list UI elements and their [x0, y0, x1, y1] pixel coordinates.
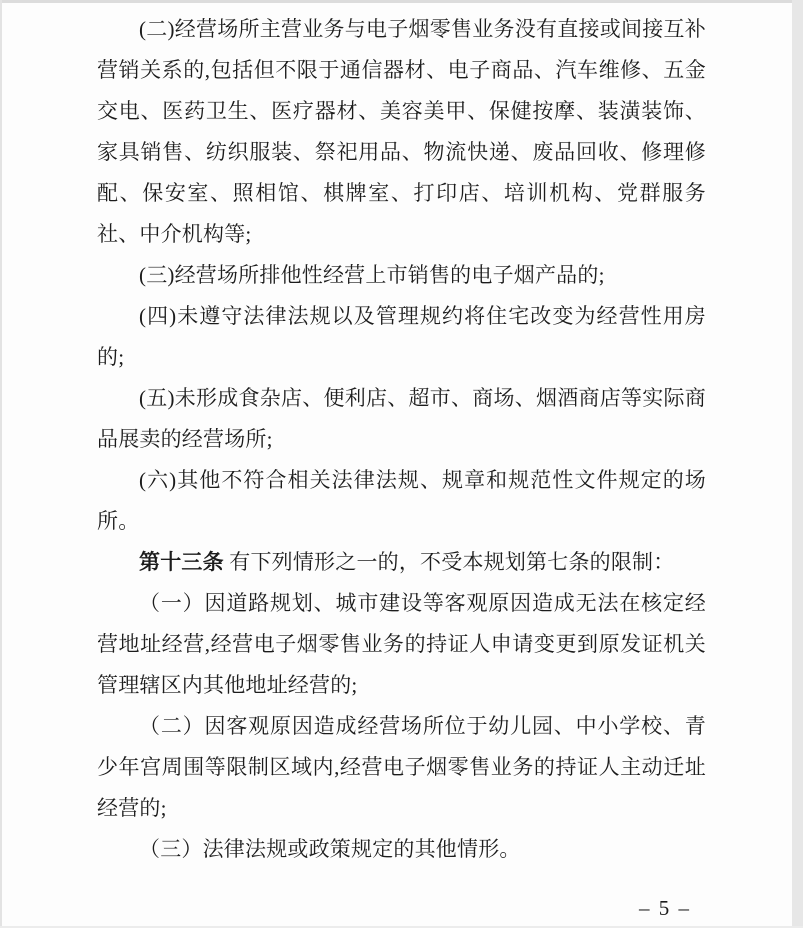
- paragraph-text: （二）因客观原因造成经营场所位于幼儿园、中小学校、青少年宫周围等限制区域内,经营…: [97, 714, 706, 820]
- paragraph-text: (二)经营场所主营业务与电子烟零售业务没有直接或间接互补营销关系的,包括但不限于…: [97, 17, 706, 246]
- paragraph-item-5: (五)未形成食杂店、便利店、超市、商场、烟酒商店等实际商品展卖的经营场所;: [97, 378, 706, 460]
- page-edge-top: [0, 0, 803, 3]
- page-edge-right: [792, 0, 803, 928]
- paragraph-exception-1: （一）因道路规划、城市建设等客观原因造成无法在核定经营地址经营,经营电子烟零售业…: [97, 583, 706, 706]
- paragraph-item-3: (三)经营场所排他性经营上市销售的电子烟产品的;: [97, 255, 706, 296]
- paragraph-text: (五)未形成食杂店、便利店、超市、商场、烟酒商店等实际商品展卖的经营场所;: [97, 386, 706, 451]
- paragraph-item-4: (四)未遵守法律法规以及管理规约将住宅改变为经营性用房的;: [97, 296, 706, 378]
- article-number-bold: 第十三条: [139, 550, 224, 574]
- paragraph-text: 有下列情形之一的，不受本规划第七条的限制：: [224, 550, 675, 574]
- document-page: (二)经营场所主营业务与电子烟零售业务没有直接或间接互补营销关系的,包括但不限于…: [0, 0, 803, 928]
- page-edge-left: [0, 0, 2, 928]
- paragraph-text: （一）因道路规划、城市建设等客观原因造成无法在核定经营地址经营,经营电子烟零售业…: [97, 591, 706, 697]
- paragraph-exception-2: （二）因客观原因造成经营场所位于幼儿园、中小学校、青少年宫周围等限制区域内,经营…: [97, 706, 706, 829]
- paragraph-text: (六)其他不符合相关法律法规、规章和规范性文件规定的场所。: [97, 468, 706, 533]
- paragraph-item-6: (六)其他不符合相关法律法规、规章和规范性文件规定的场所。: [97, 460, 706, 542]
- paragraph-text: (四)未遵守法律法规以及管理规约将住宅改变为经营性用房的;: [97, 304, 706, 369]
- paragraph-exception-3: （三）法律法规或政策规定的其他情形。: [97, 829, 706, 870]
- paragraph-article-13: 第十三条 有下列情形之一的，不受本规划第七条的限制：: [97, 542, 706, 583]
- page-number: – 5 –: [639, 896, 691, 921]
- paragraph-text: （三）法律法规或政策规定的其他情形。: [139, 837, 521, 861]
- document-body: (二)经营场所主营业务与电子烟零售业务没有直接或间接互补营销关系的,包括但不限于…: [97, 9, 706, 870]
- paragraph-text: (三)经营场所排他性经营上市销售的电子烟产品的;: [139, 263, 605, 287]
- paragraph-item-2: (二)经营场所主营业务与电子烟零售业务没有直接或间接互补营销关系的,包括但不限于…: [97, 9, 706, 255]
